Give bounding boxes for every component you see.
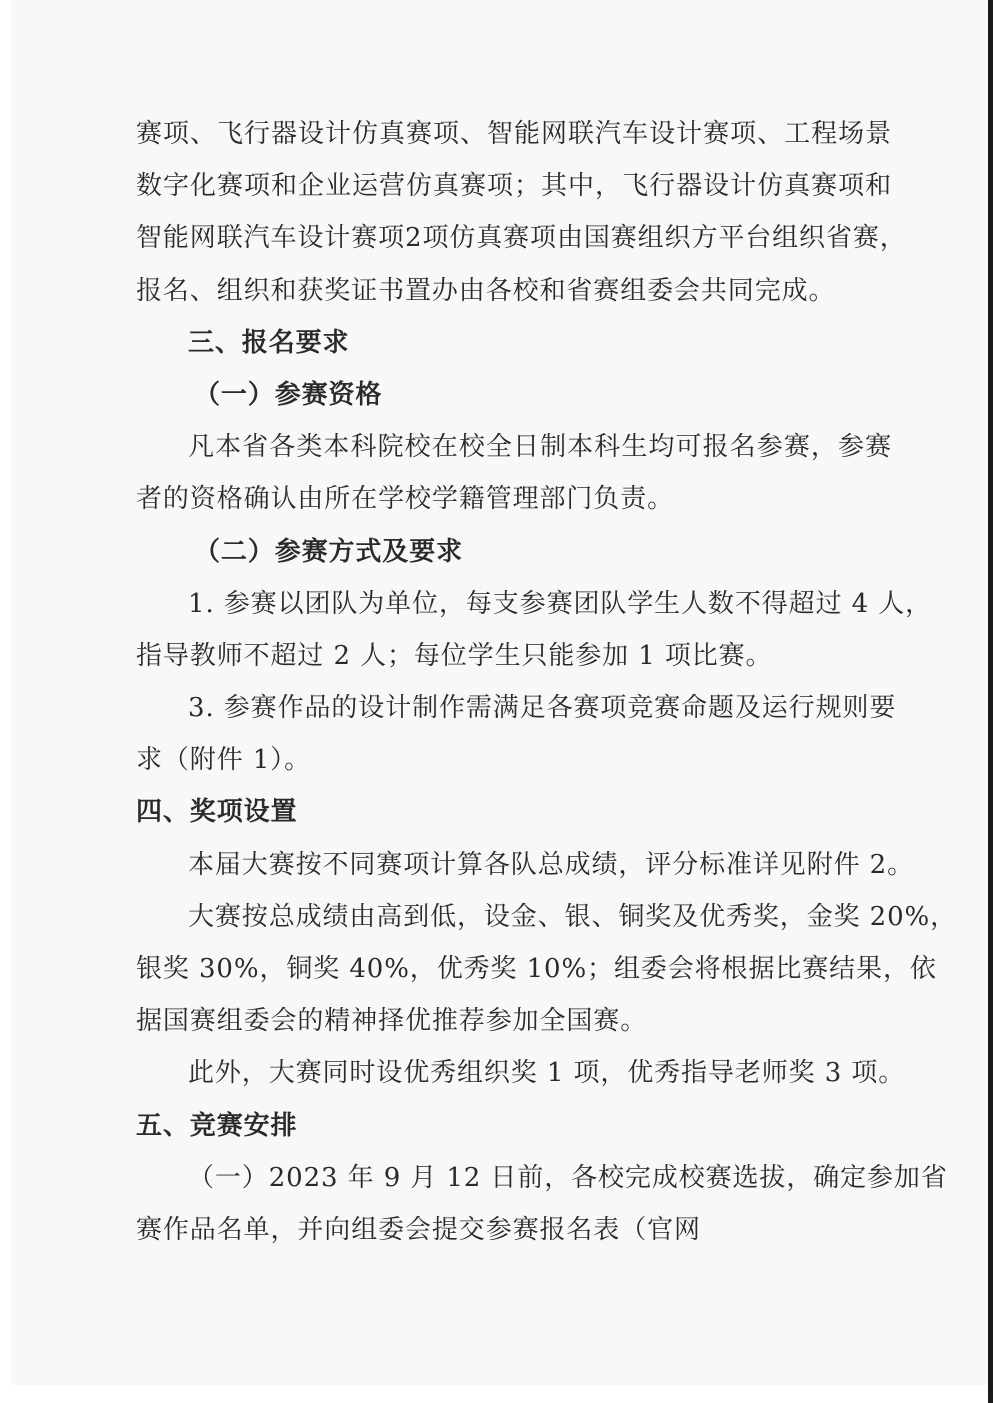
- list-item-line: 3. 参赛作品的设计制作需满足各赛项竞赛命题及运行规则要: [136, 686, 892, 738]
- list-item-line: 1. 参赛以团队为单位，每支参赛团队学生人数不得超过 4 人，: [136, 582, 892, 634]
- list-item-line: 指导教师不超过 2 人；每位学生只能参加 1 项比赛。: [136, 634, 892, 686]
- body-line: （一）2023 年 9 月 12 日前，各校完成校赛选拔，确定参加省: [136, 1156, 892, 1208]
- body-line: 者的资格确认由所在学校学籍管理部门负责。: [136, 477, 892, 529]
- body-line: 据国赛组委会的精神择优推荐参加全国赛。: [136, 999, 892, 1051]
- subheading-eligibility: （一）参赛资格: [136, 373, 892, 425]
- body-line: 赛项、飞行器设计仿真赛项、智能网联汽车设计赛项、工程场景: [136, 112, 892, 164]
- body-line: 本届大赛按不同赛项计算各队总成绩，评分标准详见附件 2。: [136, 843, 892, 895]
- document-body: 赛项、飞行器设计仿真赛项、智能网联汽车设计赛项、工程场景 数字化赛项和企业运营仿…: [136, 112, 892, 1260]
- body-line: 智能网联汽车设计赛项2项仿真赛项由国赛组织方平台组织省赛，: [136, 216, 892, 268]
- section-heading-registration: 三、报名要求: [136, 321, 892, 373]
- body-line: 凡本省各类本科院校在校全日制本科生均可报名参赛，参赛: [136, 425, 892, 477]
- list-item-line: 求（附件 1）。: [136, 738, 892, 790]
- subheading-participation-method: （二）参赛方式及要求: [136, 530, 892, 582]
- section-heading-awards: 四、奖项设置: [136, 790, 892, 842]
- section-heading-schedule: 五、竞赛安排: [136, 1104, 892, 1156]
- scan-right-edge: [988, 0, 993, 1403]
- body-line: 赛作品名单，并向组委会提交参赛报名表（官网: [136, 1208, 892, 1260]
- body-line: 数字化赛项和企业运营仿真赛项；其中，飞行器设计仿真赛项和: [136, 164, 892, 216]
- body-line: 此外，大赛同时设优秀组织奖 1 项，优秀指导老师奖 3 项。: [136, 1051, 892, 1103]
- body-line: 银奖 30%，铜奖 40%，优秀奖 10%；组委会将根据比赛结果，依: [136, 947, 892, 999]
- body-line: 大赛按总成绩由高到低，设金、银、铜奖及优秀奖，金奖 20%，: [136, 895, 892, 947]
- body-line: 报名、组织和获奖证书置办由各校和省赛组委会共同完成。: [136, 269, 892, 321]
- scan-bottom-margin: [0, 1385, 988, 1403]
